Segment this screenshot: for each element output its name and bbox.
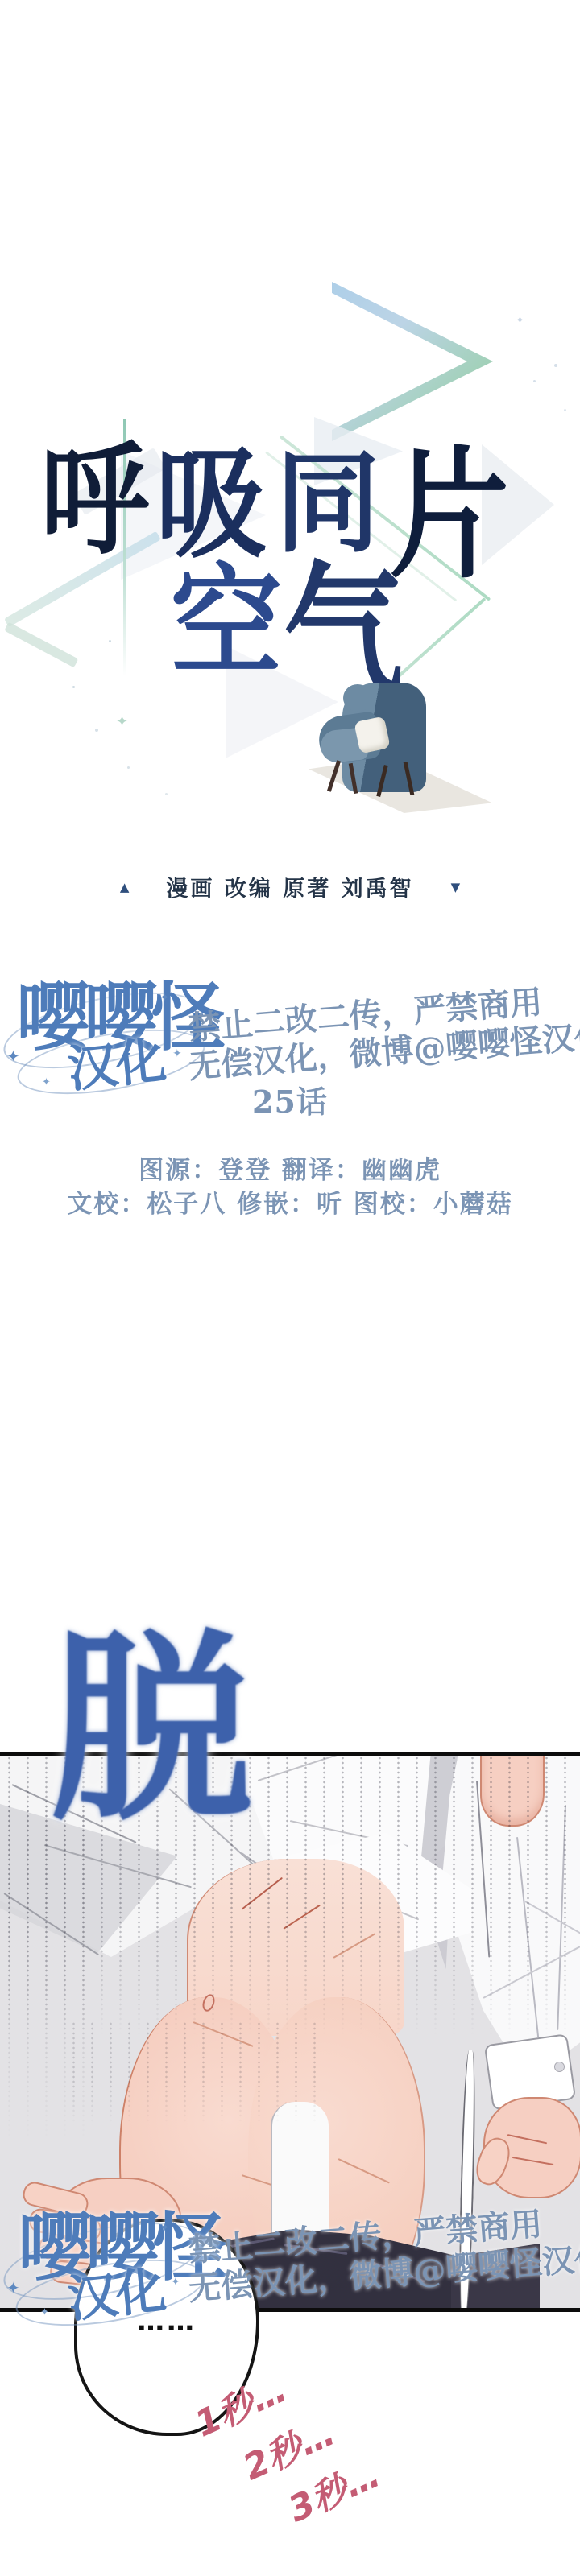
sparkle-icon: ✦ [159,992,170,1004]
dust-dot [533,380,536,382]
sparkle-icon: ✦ [40,2307,49,2318]
sparkle-icon: ✦ [116,715,128,729]
dust-dot [109,640,111,642]
group-logo-bottom: 汉化 [65,2265,167,2325]
staff-line1: 图源：登登 翻译：幽幽虎 [0,1150,580,1186]
title-char: 空 [171,562,282,682]
title-char: 片 [390,444,509,585]
sparkle-icon: ✦ [6,1048,20,1064]
armchair-wing [343,684,372,712]
dust-dot [72,686,75,688]
byline-text: 漫画 改编 原著 刘禹智 [166,871,413,902]
dust-dot [127,766,130,769]
sparkle-icon: ✦ [516,316,524,326]
sparkle-icon: ✦ [172,1048,182,1059]
dust-dot [165,793,168,795]
cover-art: ✦ ✦ 呼 吸 同 片 空 气 [0,0,580,821]
dust-dot [554,364,557,367]
cuff-button [554,2062,565,2072]
triangle-outline-inner [332,293,467,430]
armchair-pillow [354,716,390,753]
byline-row: ▲ 漫画 改编 原著 刘禹智 ▼ [0,871,580,902]
title-char: 同 [275,448,380,559]
dust-dot [564,409,566,411]
down-triangle-icon: ▼ [451,880,461,894]
sparkle-icon: ✦ [171,2277,180,2288]
sfx-big-text: 脱 [50,1628,253,1831]
up-triangle-icon: ▲ [120,880,130,894]
left-chevron-deco [4,622,78,668]
sparkle-icon: ✦ [6,2280,20,2296]
dust-dot [95,729,98,732]
staff-line2: 文校：松子八 修嵌：听 图校：小蘑菇 [0,1183,580,1220]
sparkle-icon: ✦ [159,2222,170,2234]
episode-number: 25话 [0,1077,580,1121]
webtoon-page: ✦ ✦ 呼 吸 同 片 空 气 ▲ 漫画 改编 原著 刘禹智 ▼ [0,0,580,2576]
episode-text: 25话 [252,1084,328,1120]
title-char: 呼 [40,439,149,560]
speedline-texture [64,2021,330,2126]
title-char: 吸 [155,444,267,564]
speedline-texture [0,1804,97,2142]
